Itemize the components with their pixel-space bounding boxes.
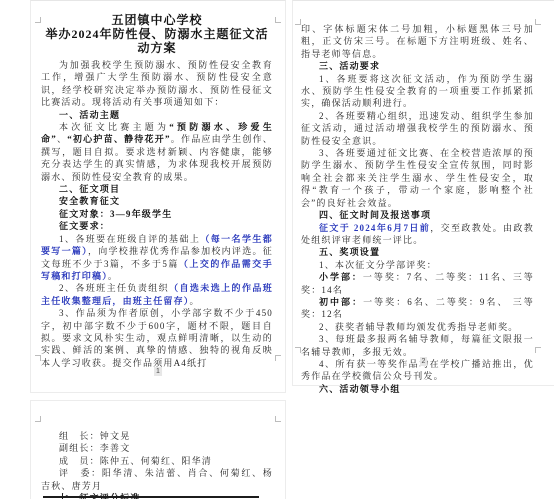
text-segment: 2、获奖者辅导教师均颁发优秀指导老师奖。 [319, 322, 519, 332]
section-heading: 一、活动主题 [41, 109, 273, 121]
page-3-content: 组 长：钟文晃副组长：李善文成 员：陈仲五、何菊红、阳华清评 委：阳华清、朱洁蕾… [31, 401, 285, 499]
page-1-content: 五团镇中心学校举办2024年防性侵、防溺水主题征文活动方案为加强我校学生预防溺水… [31, 1, 285, 392]
text-segment: 4、所有获一等奖作品均在学校广播站推出，优秀作品在学校微信公众号刊发。 [301, 359, 534, 381]
page-number: 1 [154, 367, 162, 376]
paragraph: 2、各班班主任负责组织（自选未选上的作品班主任收集整理后，由班主任留存）。 [41, 282, 273, 307]
paragraph: 3、各班要通过征文比赛、在全校营造浓厚的预防学生溺水、预防学生性侵安全宣传氛围，… [301, 147, 534, 209]
paragraph: 组 长：钟文晃 [41, 430, 273, 442]
page-number: 2 [420, 357, 428, 366]
section-heading: 五、奖项设置 [301, 246, 534, 258]
text-segment: 二、征文项目 [59, 184, 120, 194]
doc-title-line: 举办2024年防性侵、防溺水主题征文活动方案 [41, 27, 273, 55]
paragraph: 3、每班最多报两名辅导教师，每篇征文限报一名辅导教师，多报无效。 [301, 333, 534, 358]
text-segment: 。 [108, 271, 118, 281]
paragraph: 为加强我校学生预防溺水、预防性侵安全教育工作，增强广大学生预防溺水、预防性侵安全… [41, 59, 273, 109]
paragraph: 初中部：一等奖：6名、二等奖：9名、 三等奖：12名 [301, 296, 534, 321]
text-segment: “初心护苗、静待花开” [67, 134, 171, 144]
section-heading: 二、征文项目 [41, 183, 273, 195]
text-segment: 组 长：钟文晃 [59, 431, 130, 441]
text-segment: 3、每班最多报两名辅导教师，每篇征文限报一名辅导教师，多报无效。 [301, 334, 534, 356]
paragraph: 安全教育征文 [41, 195, 273, 207]
text-segment: 三、活动要求 [319, 61, 380, 71]
text-segment: 五、奖项设置 [319, 247, 380, 257]
text-segment: 1、各班要在班级自评的基础上 [59, 234, 200, 244]
page-2-content: 印、字体标题宋体二号加粗，小标题黑体三号加粗，正文仿宋三号。在标题下方注明班级、… [293, 1, 554, 385]
text-segment: 3、各班要通过征文比赛、在全校营造浓厚的预防学生溺水、预防学生性侵安全宣传氛围，… [301, 148, 534, 208]
text-segment: 六、活动领导小组 [319, 384, 401, 394]
paragraph: 1、各班要将这次征文活动，作为预防学生溺水、预防学生性侵安全教育的一项重要工作抓… [301, 73, 534, 110]
paragraph: 征文于 2024年6月7日前，交至政教处。由政教处组织评审老师统一评比。 [301, 222, 534, 247]
text-segment: 安全教育征文 [59, 196, 120, 206]
paragraph: 1、各班要在班级自评的基础上（每一名学生都要写一篇），向学校推荐优秀作品参加校内… [41, 233, 273, 283]
paragraph: 2、获奖者辅导教师均颁发优秀指导老师奖。 [301, 321, 534, 333]
paragraph: 1、本次征文分学部评奖： [301, 259, 534, 271]
text-segment: 3、作品须为作者原创，小学部字数不少于450字，初中部字数不少于600字，题材不… [41, 308, 273, 368]
paragraph: 本次征文比赛主题为“预防溺水、珍爱生命”、“初心护苗、静待花开”。作品应由学生创… [41, 121, 273, 183]
paragraph: 4、所有获一等奖作品均在学校广播站推出，优秀作品在学校微信公众号刊发。 [301, 358, 534, 383]
paragraph: 成 员：陈仲五、何菊红、阳华清 [41, 455, 273, 467]
text-segment: 本次征文比赛主题为 [59, 122, 169, 132]
paragraph: 征文对象：3—9年级学生 [41, 208, 273, 220]
text-segment: 。 [190, 296, 200, 306]
highlighted-blue-text: 征文于 2024年6月7日前 [319, 223, 430, 233]
paragraph: 3、作品须为作者原创，小学部字数不少于450字，初中部字数不少于600字，题材不… [41, 307, 273, 369]
text-segment: 印、字体标题宋体二号加粗，小标题黑体三号加粗，正文仿宋三号。在标题下方注明班级、… [301, 24, 534, 59]
page-3: 组 长：钟文晃副组长：李善文成 员：陈仲五、何菊红、阳华清评 委：阳华清、朱洁蕾… [30, 400, 286, 499]
page-1: 五团镇中心学校举办2024年防性侵、防溺水主题征文活动方案为加强我校学生预防溺水… [30, 0, 286, 393]
paragraph: 征文要求： [41, 220, 273, 232]
paragraph: 2、各班要精心组织，迅速发动、组织学生参加征文活动，通过活动增强我校学生的预防溺… [301, 110, 534, 147]
table-top-border [43, 496, 259, 498]
text-segment: 评 委：阳华清、朱洁蕾、肖合、何菊红、杨吉秋、唐芳月 [41, 468, 273, 490]
text-segment: 、 [57, 134, 67, 144]
text-segment: 为加强我校学生预防溺水、预防性侵安全教育工作，增强广大学生预防溺水、预防性侵安全… [41, 60, 273, 107]
text-segment: 征文要求： [59, 221, 110, 231]
paragraph: 印、字体标题宋体二号加粗，小标题黑体三号加粗，正文仿宋三号。在标题下方注明班级、… [301, 23, 534, 60]
section-heading: 四、征文时间及报送事项 [301, 209, 534, 221]
page-2: 印、字体标题宋体二号加粗，小标题黑体三号加粗，正文仿宋三号。在标题下方注明班级、… [292, 0, 554, 386]
section-heading: 六、活动领导小组 [301, 383, 534, 395]
text-segment: 2、各班班主任负责组织 [59, 283, 169, 293]
paragraph: 副组长：李善文 [41, 442, 273, 454]
text-segment: 副组长：李善文 [59, 443, 130, 453]
text-segment: 1、各班要将这次征文活动，作为预防学生溺水、预防学生性侵安全教育的一项重要工作抓… [301, 74, 534, 109]
text-segment: 征文对象：3—9年级学生 [59, 209, 172, 219]
paragraph: 小学部：一等奖：7名、二等奖：11名、三等奖：14名 [301, 271, 534, 296]
text-segment: 一、活动主题 [59, 110, 120, 120]
section-heading: 三、活动要求 [301, 60, 534, 72]
text-segment: 小学部： [319, 272, 363, 282]
paragraph: 评 委：阳华清、朱洁蕾、肖合、何菊红、杨吉秋、唐芳月 [41, 467, 273, 492]
text-segment: 初中部： [319, 297, 363, 307]
doc-title: 五团镇中心学校举办2024年防性侵、防溺水主题征文活动方案 [41, 13, 273, 55]
text-segment: 四、征文时间及报送事项 [319, 210, 431, 220]
text-segment: 1、本次征文分学部评奖： [319, 260, 437, 270]
text-segment: 成 员：陈仲五、何菊红、阳华清 [59, 456, 212, 466]
document-canvas: 五团镇中心学校举办2024年防性侵、防溺水主题征文活动方案为加强我校学生预防溺水… [0, 0, 554, 499]
doc-title-line: 五团镇中心学校 [41, 13, 273, 27]
text-segment: 2、各班要精心组织，迅速发动、组织学生参加征文活动，通过活动增强我校学生的预防溺… [301, 111, 534, 146]
